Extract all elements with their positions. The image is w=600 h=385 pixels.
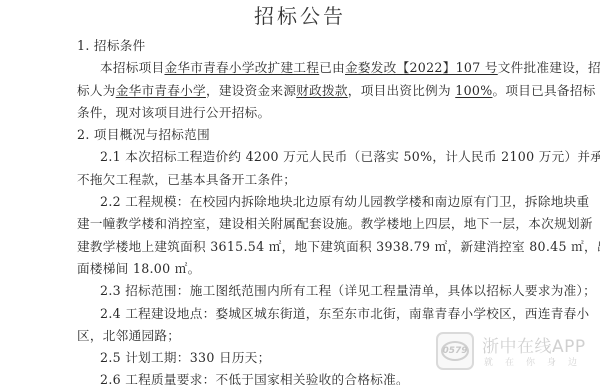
section-2-heading: 2. 项目概况与招标范围 xyxy=(77,124,547,146)
text: 文件批准建设，招 xyxy=(498,60,600,75)
item-2-3: 2.3 招标范围：施工图纸范围内所有工程（详见工程量清单，具体以招标人要求为准）… xyxy=(77,280,547,302)
item-2-2-line-1: 2.2 工程规模：在校园内拆除地块北边原有幼儿园教学楼和南边原有门卫，拆除地块重 xyxy=(77,191,547,213)
item-2-4-line-1: 2.4 工程建设地点：婺城区城东街道，东至东市北街，南靠青春小学校区，西连青春小 xyxy=(77,303,547,325)
page-title: 招标公告 xyxy=(0,3,600,29)
item-2-2-line-4: 面楼梯间 18.00 ㎡。 xyxy=(77,258,547,280)
item-2-1-line-1: 2.1 本次招标工程造价约 4200 万元人民币（已落实 50%，计人民币 21… xyxy=(77,146,547,168)
item-2-2-line-3: 建教学楼地上建筑面积 3615.54 ㎡，地下建筑面积 3938.79 ㎡，新建… xyxy=(77,236,547,258)
app-logo-icon: 0579 xyxy=(436,332,474,370)
item-2-2-line-2: 建一幢教学楼和消控室，建设相关附属配套设施。教学楼地上四层，地下一层，本次规划新 xyxy=(77,213,547,235)
section-1-paragraph-line-2: 标人为金华市青春小学，建设资金来源财政拨款，项目出资比例为 100%。项目已具备… xyxy=(77,80,547,102)
logo-text: 0579 xyxy=(441,341,469,361)
project-name: 金华市青春小学改扩建工程 xyxy=(164,60,319,75)
text: ，建设资金来源 xyxy=(206,83,296,98)
fund-source: 财政拨款 xyxy=(296,83,348,98)
section-1-paragraph-line-3: 条件，现对该项目进行公开招标。 xyxy=(77,102,547,124)
item-2-1-line-2: 不拖欠工程款，已基本具备开工条件； xyxy=(77,169,547,191)
text: 标人为 xyxy=(77,83,116,98)
funding-ratio: 100% xyxy=(455,83,492,98)
watermark-app-name: 浙中在线APP xyxy=(482,332,586,357)
section-1-paragraph-line-1: 本招标项目金华市青春小学改扩建工程已由金婺发改【2022】107 号文件批准建设… xyxy=(77,57,547,79)
watermark: 0579 浙中在线APP 就在你身边 xyxy=(432,330,600,374)
approval-document: 金婺发改【2022】107 号 xyxy=(345,60,498,75)
text: 已由 xyxy=(319,60,345,75)
text: 。项目已具备招标 xyxy=(492,83,595,98)
watermark-slogan: 就在你身边 xyxy=(484,355,589,368)
section-1-heading: 1. 招标条件 xyxy=(77,35,547,57)
text: 本招标项目 xyxy=(100,60,164,75)
text: ，项目出资比例为 xyxy=(348,83,455,98)
tenderer-name: 金华市青春小学 xyxy=(116,83,206,98)
